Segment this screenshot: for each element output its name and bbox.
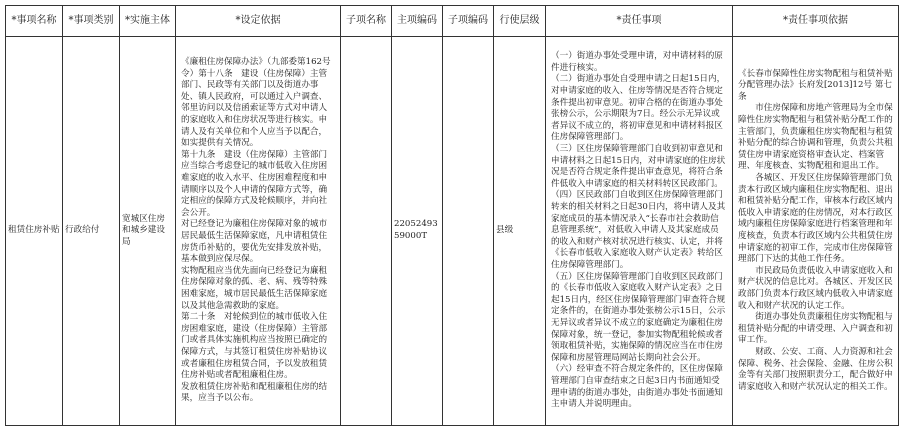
cell-item-name: 租赁住房补贴 — [6, 37, 63, 426]
header-legal-basis: *设定依据 — [176, 6, 341, 37]
legal-basis-paragraph: 实物配租应当优先面向已经登记为廉租住房保障对象的孤、老、病、残等特殊困难家庭，城… — [181, 266, 335, 312]
responsibility-step: （五）区住房保障管理部门自收到区民政部门的《长春市低收入家庭收入财产认定表》之日… — [551, 272, 727, 365]
cell-main-item-code: 2205249359000T — [392, 37, 443, 426]
cell-sub-item-name — [341, 37, 392, 426]
header-implementing-body: *实施主体 — [120, 6, 176, 37]
cell-legal-basis: 《廉租住房保障办法》（九部委第162号令）第十八条 建设（住房保障）主管部门、民… — [176, 37, 341, 426]
responsibility-basis-paragraph: 各城区、开发区住房保障管理部门负责本行政区域内廉租住房实物配租、退出和租赁补贴分… — [738, 173, 893, 266]
legal-basis-paragraph: 第二十条 对轮候到位的城市低收入住房困难家庭，建设（住房保障）主管部门或者具体实… — [181, 312, 335, 382]
legal-basis-paragraph: 发放租赁住房补贴和配租廉租住房的结果，应当予以公布。 — [181, 382, 335, 405]
cell-responsibilities: （一）街道办事处受理申请，对申请材料的原件进行核实。 （二）街道办事处自受理申请… — [546, 37, 733, 426]
legal-basis-paragraph: 第十九条 建设（住房保障）主管部门应当综合考虑登记的城市低收入住房困难家庭的收入… — [181, 150, 335, 220]
cell-responsibility-basis: 《长春市保障性住房实物配租与租赁补贴分配管理办法》长府发[2013]12号 第七… — [733, 37, 899, 426]
cell-item-category: 行政给付 — [63, 37, 120, 426]
header-sub-item-name: 子项名称 — [341, 6, 392, 37]
responsibility-step: （六）经审查不符合规定条件的，区住房保障管理部门自审查结束之日起3日内书面通知受… — [551, 364, 727, 410]
cell-sub-item-code — [443, 37, 494, 426]
header-responsibilities: *责任事项 — [546, 6, 733, 37]
header-item-name: *事项名称 — [6, 6, 63, 37]
table-row: 租赁住房补贴 行政给付 宽城区住房和城乡建设局 《廉租住房保障办法》（九部委第1… — [6, 37, 899, 426]
responsibility-basis-paragraph: 市住房保障和房地产管理局为全市保障性住房实物配租与租赁补贴分配工作的主管部门，负… — [738, 103, 893, 173]
responsibility-basis-paragraph: 财政、公安、工商、人力资源和社会保障、税务、社会保险、金融、住房公积金等有关部门… — [738, 347, 893, 393]
legal-basis-paragraph: 对已经登记为廉租住房保障对象的城市居民最低生活保障家庭，凡申请租赁住房货币补贴的… — [181, 219, 335, 265]
responsibility-step: （二）街道办事处自受理申请之日起15日内，对申请家庭的收入、住房等情况是否符合规… — [551, 74, 727, 144]
responsibility-step: （四）区民政部门自收到区住房保障管理部门转来的相关材料之日起30日内，将申请人及… — [551, 190, 727, 271]
header-exercise-level: 行使层级 — [494, 6, 546, 37]
responsibility-step: （三）区住房保障管理部门自收到初审意见和申请材料之日起15日内，对申请家庭的住房… — [551, 144, 727, 190]
header-row: *事项名称 *事项类别 *实施主体 *设定依据 子项名称 主项编码 子项编码 行… — [6, 6, 899, 37]
header-main-item-code: 主项编码 — [392, 6, 443, 37]
cell-implementing-body: 宽城区住房和城乡建设局 — [120, 37, 176, 426]
header-responsibility-basis: *责任事项依据 — [733, 6, 899, 37]
header-sub-item-code: 子项编码 — [443, 6, 494, 37]
responsibility-basis-title: 《长春市保障性住房实物配租与租赁补贴分配管理办法》长府发[2013]12号 第七… — [738, 69, 893, 104]
legal-basis-paragraph: 《廉租住房保障办法》（九部委第162号令）第十八条 建设（住房保障）主管部门、民… — [181, 57, 335, 150]
responsibility-step: （一）街道办事处受理申请，对申请材料的原件进行核实。 — [551, 51, 727, 74]
responsibility-basis-paragraph: 市民政局负责低收入申请家庭收入和财产状况的信息比对。各城区、开发区民政部门负责本… — [738, 266, 893, 312]
cell-exercise-level: 县级 — [494, 37, 546, 426]
header-item-category: *事项类别 — [63, 6, 120, 37]
responsibility-list-table: *事项名称 *事项类别 *实施主体 *设定依据 子项名称 主项编码 子项编码 行… — [5, 5, 899, 426]
responsibility-basis-paragraph: 街道办事处负责廉租住房实物配租与租赁补贴分配的申请受理、入户调查和初审工作。 — [738, 312, 893, 347]
